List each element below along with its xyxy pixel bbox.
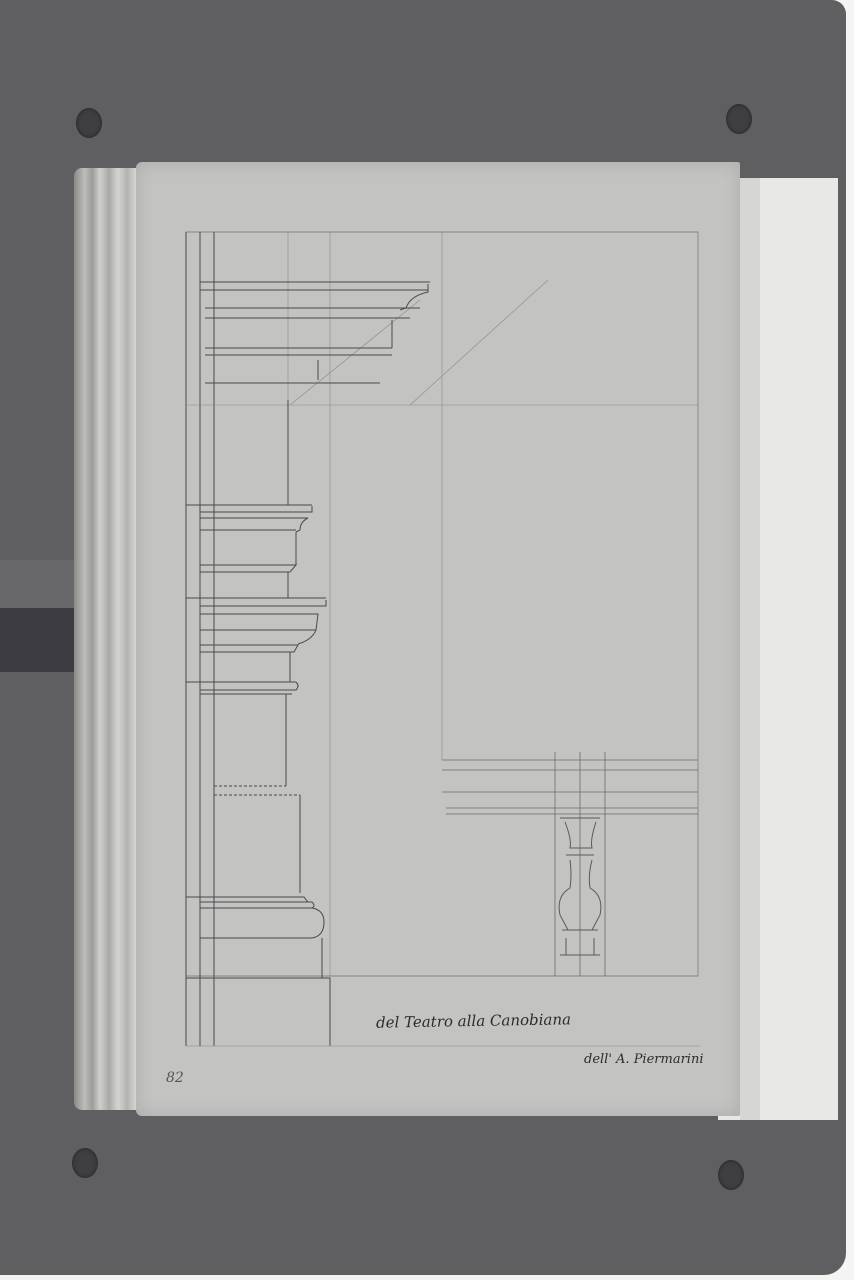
drawing-caption: del Teatro alla Canobiana (376, 1010, 571, 1031)
artist-signature: dell' A. Piermarini (584, 1052, 703, 1067)
folio-number: 82 (166, 1070, 184, 1086)
architectural-drawing (0, 0, 854, 1280)
